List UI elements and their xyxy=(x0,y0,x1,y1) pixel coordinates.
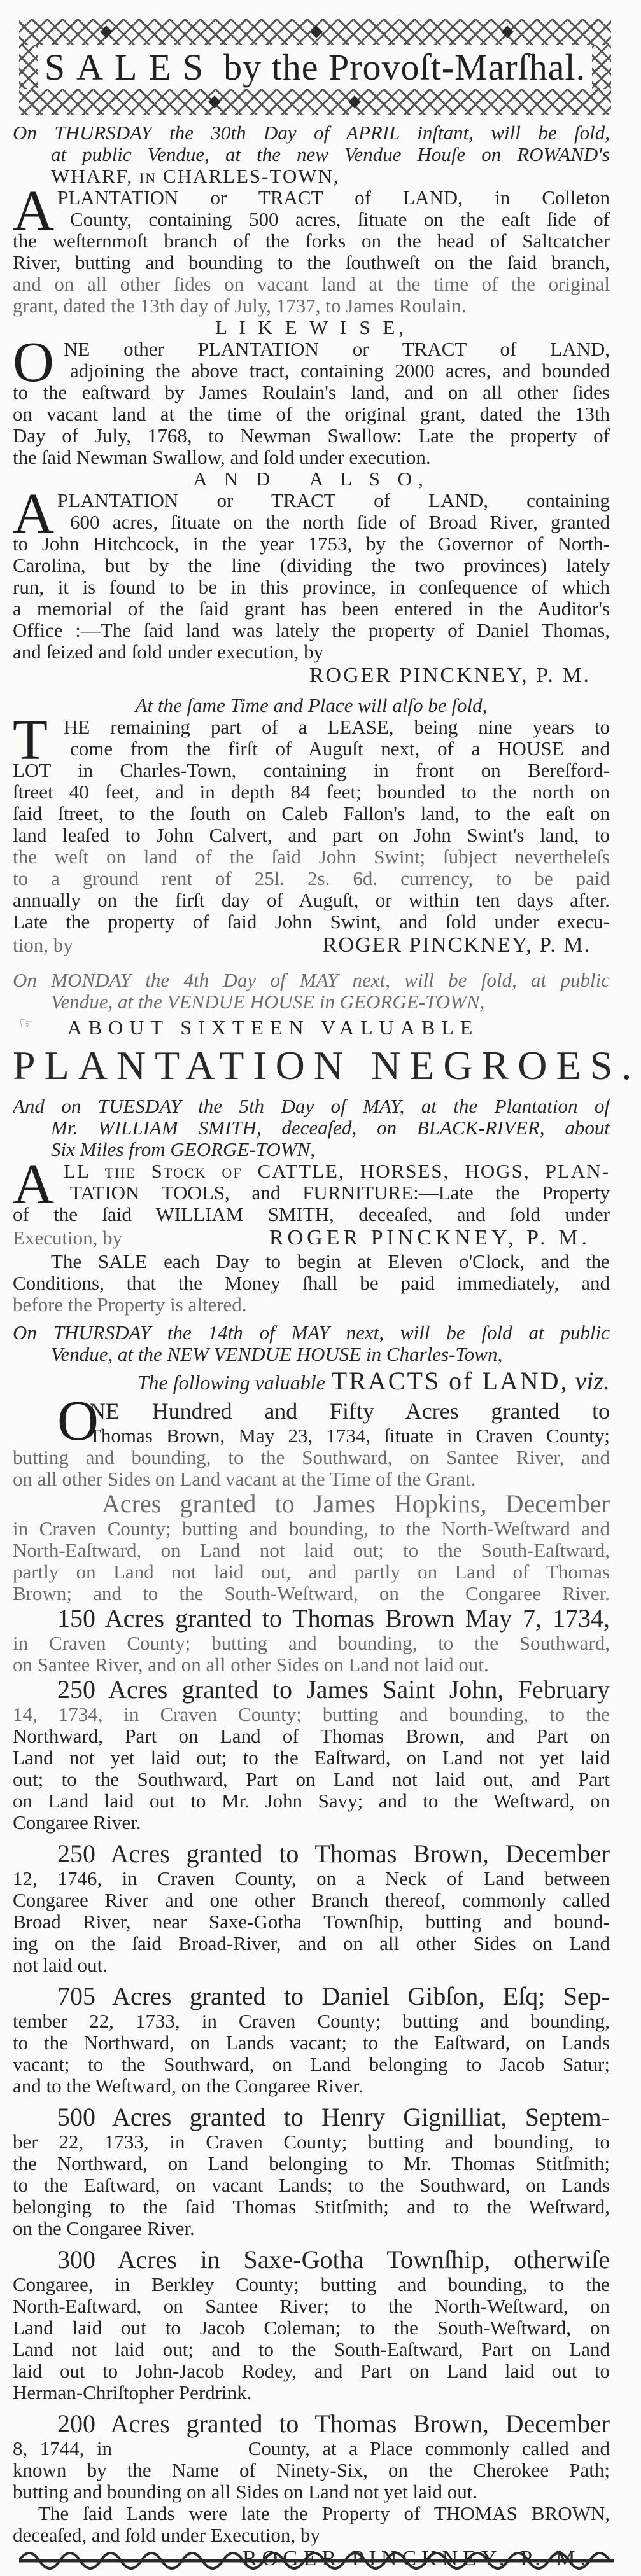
tract-head: Acres granted to James Hopkins, December xyxy=(13,1490,610,1518)
drop-cap: A xyxy=(13,1162,54,1208)
drop-cap: O xyxy=(57,1398,99,1444)
text-line: Herman-Chriſtopher Perdrink. xyxy=(13,2382,610,2404)
text-line: grant, dated the 13th day of July, 1737,… xyxy=(13,295,610,317)
notice-line: The SALE each Day to begin at Eleven o'C… xyxy=(13,1251,610,1272)
tract-item: 250 Acres granted to James Saint John, F… xyxy=(13,1676,610,1834)
text-line: Day of July, 1768, to Newman Swallow: La… xyxy=(13,425,610,447)
tract-head: 150 Acres granted to Thomas Brown May 7,… xyxy=(13,1605,610,1633)
title-sales: SALES xyxy=(45,46,215,88)
text-line: Late the property of ſaid John Swint, an… xyxy=(13,911,610,933)
text-line: PLANTATION or TRACT of LAND, containing xyxy=(13,490,610,512)
text-line: Land laid out to Jacob Coleman; to the S… xyxy=(13,2317,610,2339)
text-line: TATION TOOLS, and FURNITURE:—Late the Pr… xyxy=(13,1182,610,1204)
text-line: Office :—The ſaid land was lately the pr… xyxy=(13,620,610,641)
text-line: ing on the ſaid Broad-River, and on all … xyxy=(13,1933,610,1954)
signature: ROGER PINCKNEY, P. M. xyxy=(13,663,610,688)
text-line: tember 22, 1733, in Craven County; butti… xyxy=(13,2010,610,2032)
notice-line: before the Property is altered. xyxy=(13,1294,610,1316)
tract-head: 705 Acres granted to Daniel Gibſon, Eſq;… xyxy=(13,1982,610,2010)
lattice-border-right xyxy=(592,45,611,89)
text-line: Congaree River and one other Branch ther… xyxy=(13,1890,610,1911)
tract-paragraph: O NE other PLANTATION or TRACT of LAND, … xyxy=(13,338,610,468)
sale-notice-rowands-wharf: On THURSDAY the 30th Day of APRIL inſtan… xyxy=(13,122,610,688)
section-heading-likewise: L I K E W I S E, xyxy=(13,317,610,338)
text-line: the weſternmoſt branch of the forks on t… xyxy=(13,230,610,252)
text-line: and to the Weſtward, on the Congaree Riv… xyxy=(13,2075,610,2097)
tract-item: 250 Acres granted to Thomas Brown, Decem… xyxy=(13,1840,610,1976)
text-line: Land not laid out; and to the South-Eaſt… xyxy=(13,2339,610,2360)
lattice-border-bottom xyxy=(19,89,611,115)
text-line: to the Eaſtward, on vacant Lands; to the… xyxy=(13,2175,610,2196)
text-line: Congaree River. xyxy=(13,1812,610,1834)
tract-head: 250 Acres granted to James Saint John, F… xyxy=(13,1676,610,1704)
title-rest: by the Provoſt-Marſhal. xyxy=(223,46,586,88)
text-line: laid out to John-Jacob Rodey, and Part o… xyxy=(13,2360,610,2382)
text-line: on the Congaree River. xyxy=(13,2218,610,2239)
text-line: partly on Land not laid out, and partly … xyxy=(13,1561,610,1583)
drop-cap: A xyxy=(13,491,54,537)
tract-item: 300 Acres in Saxe-Gotha Townſhip, otherw… xyxy=(13,2246,610,2404)
text-line: the Northward, on Land belonging to Mr. … xyxy=(13,2153,610,2175)
lease-paragraph: T HE remaining part of a LEASE, being ni… xyxy=(13,716,610,958)
text-line: PLANTATION or TRACT of LAND, in Colleton xyxy=(13,187,610,209)
sale-notice-tracts-of-land: On THURSDAY the 14th of MAY next, will b… xyxy=(13,1322,610,2572)
text-line: County, containing 500 acres, ſituate on… xyxy=(13,209,610,230)
text-line: on Land laid out to Mr. John Savy; and t… xyxy=(13,1790,610,1812)
heading-caps: TRACTS of LAND, xyxy=(332,1367,569,1395)
text-line: known by the Name of Ninety-Six, on the … xyxy=(13,2460,610,2481)
text-line: ſtreet 40 feet, and in depth 84 feet; bo… xyxy=(13,781,610,803)
article-column: On THURSDAY the 30th Day of APRIL inſtan… xyxy=(13,122,610,2572)
text-line: River, butting and bounding to the ſouth… xyxy=(13,252,610,274)
text-line: Thomas Brown, May 23, 1734, ſituate in C… xyxy=(13,1425,610,1447)
sale-intro-line: On THURSDAY the 30th Day of APRIL inſtan… xyxy=(13,122,610,144)
signature: ROGER PINCKNEY, P. M. xyxy=(269,1225,610,1251)
sale-intro-line: Mr. WILLIAM SMITH, deceaſed, on BLACK-RI… xyxy=(13,1117,610,1139)
text-line: of the ſaid WILLIAM SMITH, deceaſed, and… xyxy=(13,1204,610,1225)
text-line: land leaſed to John Calvert, and part on… xyxy=(13,825,610,846)
tract-head: 300 Acres in Saxe-Gotha Townſhip, otherw… xyxy=(13,2246,610,2274)
text-line: on all other Sides on Land vacant at the… xyxy=(13,1468,610,1490)
headline-plantation-negroes: PLANTATION NEGROES. xyxy=(13,1042,610,1089)
text-line: belonging to the ſaid Thomas Stitſmith; … xyxy=(13,2196,610,2218)
sale-intro-line: On MONDAY the 4th Day of MAY next, will … xyxy=(13,970,610,991)
sale-intro-line: Vendue, at the VENDUE HOUSE in GEORGE-TO… xyxy=(13,991,610,1013)
drop-cap: O xyxy=(13,340,54,386)
tract-head: 500 Acres granted to Henry Gignilliat, S… xyxy=(13,2103,610,2131)
text-line: tion, by xyxy=(13,933,73,958)
closing-line: deceaſed, and ſold under Execution, by xyxy=(13,2524,610,2546)
text-line: to the Northward, on Lands vacant; to th… xyxy=(13,2032,610,2054)
subheading-about-sixteen: ABOUT SIXTEEN VALUABLE xyxy=(13,1013,610,1042)
signature: ROGER PINCKNEY, P. M. xyxy=(323,933,610,958)
masthead-box: SALES by the Provoſt-Marſhal. xyxy=(19,19,611,115)
tract-head: NE Hundred and Fifty Acres granted to xyxy=(13,1397,610,1425)
text-line: North-Eaſtward, on Land not laid out; to… xyxy=(13,1540,610,1561)
text-line: annually on the firſt day of Auguſt, or … xyxy=(13,889,610,911)
text-line: in Craven County; butting and bounding, … xyxy=(13,1633,610,1654)
sale-intro-line: On THURSDAY the 14th of MAY next, will b… xyxy=(13,1322,610,1344)
tract-item: 705 Acres granted to Daniel Gibſon, Eſq;… xyxy=(13,1982,610,2097)
sale-intro-line: at public Vendue, at the new Vendue Houſ… xyxy=(13,144,610,165)
text-line: Brown; and to the South-Weſtward, on the… xyxy=(13,1583,610,1605)
lattice-border-left xyxy=(19,45,38,89)
text-line: 14, 1734, in Craven County; butting and … xyxy=(13,1704,610,1725)
text-line: LL the Stock of CATTLE, HORSES, HOGS, PL… xyxy=(13,1160,610,1182)
text-line: NE other PLANTATION or TRACT of LAND, xyxy=(13,338,610,360)
text-line: to a ground rent of 25l. 2s. 6d. currenc… xyxy=(13,868,610,889)
tract-paragraph: A PLANTATION or TRACT of LAND, in Collet… xyxy=(13,187,610,317)
heading-tracts-of-land: The following valuable TRACTS of LAND, v… xyxy=(13,1365,610,1397)
sale-notice-george-town: On MONDAY the 4th Day of MAY next, will … xyxy=(13,970,610,1316)
sale-notice-lease: At the ſame Time and Place will alſo be … xyxy=(13,695,610,958)
tract-item: Acres granted to James Hopkins, December… xyxy=(13,1490,610,1605)
text-line: Execution, by xyxy=(13,1225,122,1251)
section-heading-and-also: A N D A L S O, xyxy=(13,468,610,490)
text-line: a memorial of the ſaid grant has been en… xyxy=(13,598,610,620)
notice-line: Conditions, that the Money ſhall be paid… xyxy=(13,1272,610,1294)
text-line: ſaid ſtreet, to the ſouth on Caleb Fallo… xyxy=(13,803,610,825)
closing-line: The ſaid Lands were late the Property of… xyxy=(13,2503,610,2524)
text-line: North-Eaſtward, on Santee River; to the … xyxy=(13,2295,610,2317)
newspaper-page: SALES by the Provoſt-Marſhal. On THURSDA… xyxy=(0,0,641,2576)
stock-paragraph: A LL the Stock of CATTLE, HORSES, HOGS, … xyxy=(13,1160,610,1251)
tract-paragraph: A PLANTATION or TRACT of LAND, containin… xyxy=(13,490,610,663)
heading-italic: The following valuable xyxy=(137,1371,325,1394)
text-line: LOT in Charles-Town, containing in front… xyxy=(13,760,610,781)
tract-item: O NE Hundred and Fifty Acres granted to … xyxy=(13,1397,610,1490)
tract-head: 250 Acres granted to Thomas Brown, Decem… xyxy=(13,1840,610,1868)
text-line: ber 22, 1733, in Craven County; butting … xyxy=(13,2131,610,2153)
sale-intro-line: Vendue, at the NEW VENDUE HOUSE in Charl… xyxy=(13,1344,610,1365)
text-line: HE remaining part of a LEASE, being nine… xyxy=(13,716,610,738)
text-line: on vacant land at the time of the origin… xyxy=(13,403,610,425)
text-line: Northward, Part on Land of Thomas Brown,… xyxy=(13,1725,610,1747)
text-line: run, it is found to be in this province,… xyxy=(13,576,610,598)
sale-intro-line: At the ſame Time and Place will alſo be … xyxy=(13,695,610,716)
text-line: 12, 1746, in Craven County, on a Neck of… xyxy=(13,1868,610,1890)
sale-intro-line: Six Miles from GEORGE-TOWN, xyxy=(13,1139,610,1160)
text-line: butting and bounding, to the Southward, … xyxy=(13,1447,610,1468)
text-line: 600 acres, ſituate on the north ſide of … xyxy=(13,512,610,533)
drop-cap: A xyxy=(13,188,54,234)
text-line: in Craven County; butting and bounding, … xyxy=(13,1518,610,1540)
drop-cap: T xyxy=(13,718,48,763)
text-line: the ſaid Newman Swallow, and ſold under … xyxy=(13,447,610,468)
text-line: not laid out. xyxy=(13,1954,610,1976)
text-line: adjoining the above tract, containing 20… xyxy=(13,360,610,382)
text-line: butting and bounding on all Sides on Lan… xyxy=(13,2481,610,2503)
text-line: vacant; to the Southward, on Land belong… xyxy=(13,2054,610,2075)
text-line: to the eaſtward by James Roulain's land,… xyxy=(13,382,610,403)
text-line: Broad River, near Saxe-Gotha Townſhip, b… xyxy=(13,1911,610,1933)
text-line: out; to the Southward, Part on Land not … xyxy=(13,1769,610,1790)
text-line: Carolina, but by the line (dividing the … xyxy=(13,555,610,576)
sale-intro-line: WHARF, in CHARLES-TOWN, xyxy=(13,165,610,187)
text-line: 8, 1744, in County, at a Place commonly … xyxy=(13,2438,610,2460)
text-line: and on all other ſides on vacant land at… xyxy=(13,274,610,295)
text-line: on Santee River, and on all other Sides … xyxy=(13,1654,610,1676)
text-line: Congaree, in Berkley County; butting and… xyxy=(13,2274,610,2295)
text-line: the weſt on land of the ſaid John Swint;… xyxy=(13,846,610,868)
wavy-rule-divider xyxy=(19,2548,614,2570)
tract-item: 200 Acres granted to Thomas Brown, Decem… xyxy=(13,2410,610,2503)
heading-viz: viz. xyxy=(575,1367,610,1395)
tract-item: 150 Acres granted to Thomas Brown May 7,… xyxy=(13,1605,610,1676)
text-line: and ſeized and ſold under execution, by xyxy=(13,641,610,663)
text-line: Land not yet laid out; to the Eaſtward, … xyxy=(13,1747,610,1769)
sale-intro-line: And on TUESDAY the 5th Day of MAY, at th… xyxy=(13,1096,610,1117)
page-title: SALES by the Provoſt-Marſhal. xyxy=(45,45,586,89)
pointing-hand-icon: ☞ xyxy=(19,1014,34,1033)
text-line: come from the firſt of Auguſt next, of a… xyxy=(13,738,610,760)
text-line: to John Hitchcock, in the year 1753, by … xyxy=(13,533,610,555)
tract-head: 200 Acres granted to Thomas Brown, Decem… xyxy=(13,2410,610,2438)
tract-item: 500 Acres granted to Henry Gignilliat, S… xyxy=(13,2103,610,2239)
